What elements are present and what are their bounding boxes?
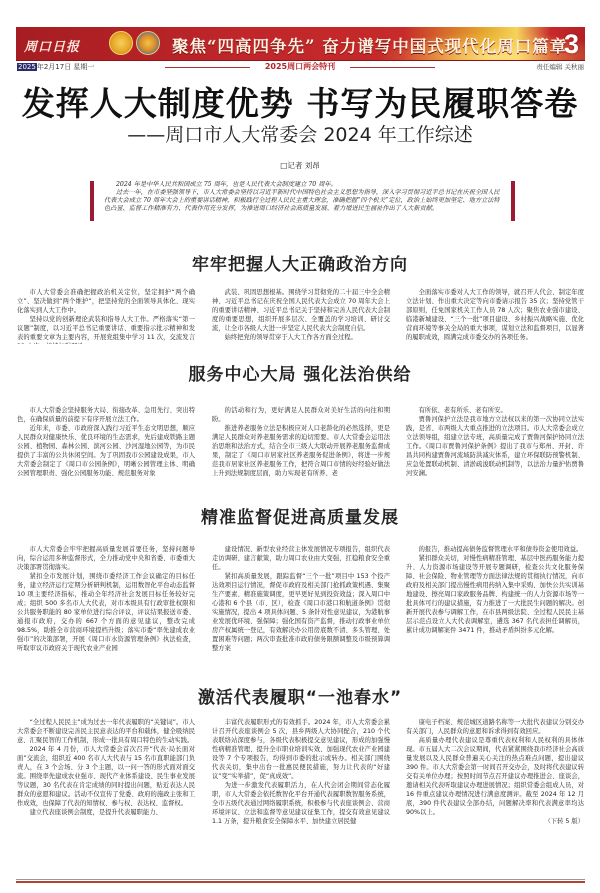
paragraph: 始终把党的领导贯穿于人大工作各方面全过程。 bbox=[212, 333, 390, 342]
paragraph: “全过程人民民主”成为过去一年代表履职的“关键词”。市人大常委会不断建设完善民主… bbox=[17, 718, 195, 745]
paragraph: 坚持以党的创新理论武装和指导人大工作。严格落实“第一议题”制度，以习近平总书记重… bbox=[17, 315, 195, 344]
masthead-title: 聚焦“四高四争先” 奋力谱写中国式现代化周口篇章 bbox=[172, 33, 567, 57]
paragraph: 紧扣全市发展计划，围绕市委经济工作会议确定的目标任务，建立经济运行定期分析研判机… bbox=[17, 572, 195, 653]
paragraph: 贾鲁河保护立法是我市地方立法权以来的第一次协同立法实践，是省、市两级人大重点推进… bbox=[406, 415, 584, 478]
lead-paragraph: 2024 年是中华人民共和国成立 75 周年，也是人民代表大会制度建立 70 周… bbox=[104, 181, 501, 189]
paragraph: 市人大常委会准确把握政治机关定位，坚定拥护“两个确立”、坚决做到“两个维护”，把… bbox=[17, 288, 195, 315]
paragraph: 丰富代表履职形式的有效抓手。2024 年，市人大常委会累计召开代表座谈例会 5 … bbox=[212, 718, 390, 781]
paragraph: 康电子档案、规范城区道路名称等一大批代表建议分别交办有关部门，人民群众的意愿和诉… bbox=[406, 718, 584, 736]
section-title: 精准监督促进高质量发展 bbox=[0, 503, 600, 528]
paragraph: 紧扣群众关切，对慢性病精准管理、基层中医药服务能力提升、人力资源市场建设等开展专… bbox=[406, 554, 584, 635]
section-3-column-3: 的报告，推动提高债务监督管理水平和债券资金使用效益。 紧扣群众关切，对慢性病精准… bbox=[406, 545, 584, 665]
section-1-column-1: 市人大常委会准确把握政治机关定位，坚定拥护“两个确立”、坚决做到“两个维护”，把… bbox=[17, 288, 195, 344]
paragraph: 近年来，市委、市政府深入践行习近平生态文明思想，顺应人民群众对健康快乐、优良环境… bbox=[17, 424, 195, 478]
section-4-column-3: 康电子档案、规范城区道路名称等一大批代表建议分别交办有关部门，人民群众的意愿和诉… bbox=[406, 718, 584, 874]
issue-date-rest: 年2月17日 星期一 bbox=[37, 63, 95, 71]
divider-left bbox=[165, 67, 250, 68]
issue-date: 2025年2月17日 星期一 bbox=[17, 62, 94, 72]
lead-paragraph: 过去一年，在市委坚强领导下，市人大常委会坚持以习近平新时代中国特色社会主义思想为… bbox=[104, 189, 501, 213]
npc-emblem-icon bbox=[136, 31, 160, 55]
issue-year: 2025 bbox=[17, 63, 37, 71]
paragraph: 有所依、老有所乐、老有所安。 bbox=[406, 406, 584, 415]
national-emblem-icon bbox=[109, 31, 133, 55]
article-subtitle: ——周口市人大常委会 2024 年工作综述 bbox=[0, 120, 600, 147]
newspaper-logo: 周口日报 bbox=[24, 36, 80, 55]
paragraph: 为进一步激发代表履职活力，在人代会闭会期间常态化履职，市人大常委会依托数智化平台… bbox=[212, 781, 390, 826]
section-4-column-2: 丰富代表履职形式的有效抓手。2024 年，市人大常委会累计召开代表座谈例会 5 … bbox=[212, 718, 390, 874]
page-number: 3 bbox=[564, 29, 579, 60]
section-title: 牢牢把握人大正确政治方向 bbox=[0, 250, 600, 275]
section-1-column-2: 武装、巩固思想根基。围绕学习贯彻党的二十届三中全会精神、习近平总书记在庆祝全国人… bbox=[212, 288, 390, 344]
paragraph: 建立代表座谈例会制度，是提升代表履职能力、 bbox=[17, 808, 195, 817]
section-2-column-3: 有所依、老有所乐、老有所安。 贾鲁河保护立法是我市地方立法权以来的第一次协同立法… bbox=[406, 406, 584, 489]
lead-bar-left bbox=[90, 181, 94, 221]
paragraph: 推进养老服务立法是积极应对人口老龄化的必然选择，更是满足人民群众对养老服务需求的… bbox=[212, 424, 390, 478]
divider-right bbox=[350, 67, 435, 68]
section-3-column-1: 市人大常委会牢牢把握高质量发展首要任务，坚持问题导向，综合运用多种监督形式，全力… bbox=[17, 545, 195, 665]
paragraph: 高质量办理代表建议是尊重代表权利和人民权利的具体体现。市五届人大二次会议期间，代… bbox=[406, 736, 584, 817]
responsible-editor: 责任编辑 关秋丽 bbox=[536, 62, 584, 71]
lead-box: 2024 年是中华人民共和国成立 75 周年，也是人民代表大会制度建立 70 周… bbox=[90, 181, 515, 221]
paragraph: 紧扣高质量发展，跟踪监督“三个一批”项目中 153 个投产达效项目运行情况，督促… bbox=[212, 572, 390, 653]
byline: □记者 刘昂 bbox=[0, 160, 600, 171]
section-1-column-3: 全面落实市委对人大工作的领导，就召开人代会、制定年度立法计划、作出重大决定等向市… bbox=[406, 288, 584, 344]
footer-rule-thin bbox=[16, 879, 585, 880]
paragraph: 全面落实市委对人大工作的领导，就召开人代会、制定年度立法计划、作出重大决定等向市… bbox=[406, 288, 584, 342]
paragraph: 的活动和行为，更好满足人民群众对美好生活的向往和期盼。 bbox=[212, 406, 390, 424]
section-3-column-2: 建设情况、新型农业经营主体发展情况专项报告，组织代表走访调研、建言献策，助力周口… bbox=[212, 545, 390, 665]
section-2-column-1: 市人大常委会坚持服务大局、衔接改革、急用先行、突出特色，在确保质量的前提下有序开… bbox=[17, 406, 195, 489]
paragraph: 市人大常委会牢牢把握高质量发展首要任务，坚持问题导向，综合运用多种监督形式，全力… bbox=[17, 545, 195, 572]
footer-rule-thick bbox=[16, 881, 585, 883]
lead-bar-right bbox=[511, 181, 515, 221]
section-2-column-2: 的活动和行为，更好满足人民群众对美好生活的向往和期盼。 推进养老服务立法是积极应… bbox=[212, 406, 390, 489]
continued-on-page-link: （下转 5 版） bbox=[406, 817, 584, 826]
section-title: 服务中心大局 强化法治供给 bbox=[0, 360, 600, 385]
section-4-column-1: “全过程人民民主”成为过去一年代表履职的“关键词”。市人大常委会不断建设完善民主… bbox=[17, 718, 195, 874]
paragraph: 2024 年 4 月份，市人大常委会首次召开“代表·局长面对面”交流会，组织近 … bbox=[17, 745, 195, 808]
paragraph: 的报告，推动提高债务监督管理水平和债券资金使用效益。 bbox=[406, 545, 584, 554]
section-title: 激活代表履职“一池春水” bbox=[0, 683, 600, 708]
article-headline: 发挥人大制度优势 书写为民履职答卷 bbox=[0, 78, 600, 125]
paragraph: 建设情况、新型农业经营主体发展情况专项报告，组织代表走访调研、建言献策，助力周口… bbox=[212, 545, 390, 572]
paragraph: 市人大常委会坚持服务大局、衔接改革、急用先行、突出特色，在确保质量的前提下有序开… bbox=[17, 406, 195, 424]
masthead-banner: 周口日报 聚焦“四高四争先” 奋力谱写中国式现代化周口篇章 3 bbox=[16, 27, 585, 61]
paragraph: 武装、巩固思想根基。围绕学习贯彻党的二十届三中全会精神、习近平总书记在庆祝全国人… bbox=[212, 288, 390, 333]
special-edition-label: 2025周口两会特刊 bbox=[250, 61, 350, 72]
